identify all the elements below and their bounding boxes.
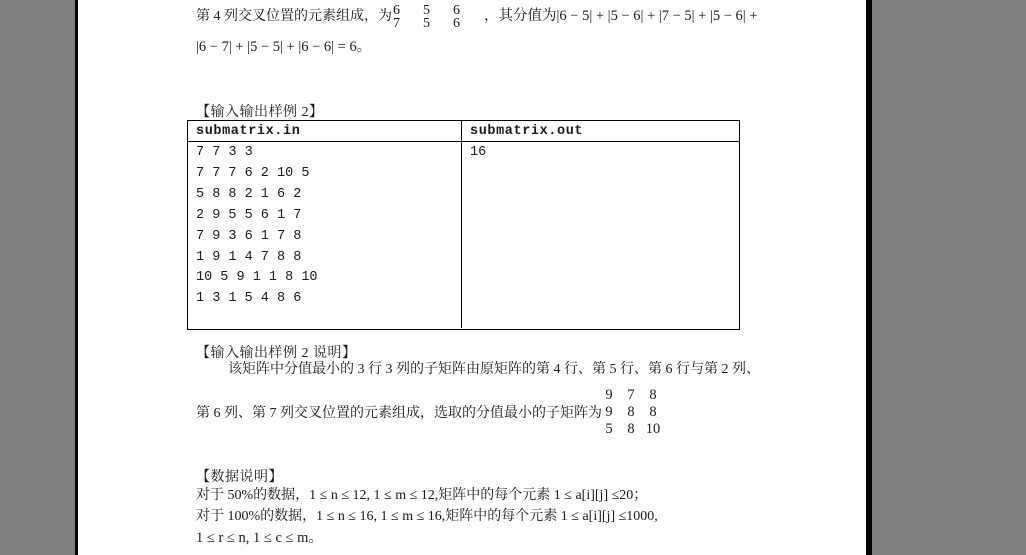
constraints-100-percent-line: 对于 100%的数据，1 ≤ n ≤ 16, 1 ≤ m ≤ 16,矩阵中的每个… <box>196 508 658 527</box>
matrix-cell: 8 <box>642 404 664 421</box>
score-formula-prefix: 第 4 列交叉位置的元素组成，为 <box>196 8 392 27</box>
matrix-cell: 6 <box>453 4 483 18</box>
sample-io-table-body-row: 7 7 3 3 7 7 7 6 2 10 5 5 8 8 2 1 6 2 2 9… <box>188 142 739 328</box>
table-cell-input-data: 7 7 3 3 7 7 7 6 2 10 5 5 8 8 2 1 6 2 2 9… <box>188 142 462 328</box>
constraints-50-percent-line: 对于 50%的数据，1 ≤ n ≤ 12, 1 ≤ m ≤ 12,矩阵中的每个元… <box>196 487 647 506</box>
explanation-heading: 【输入输出样例 2 说明】 <box>196 342 357 362</box>
score-formula-suffix: ，其分值为|6 − 5| + |5 − 6| + |7 − 5| + |5 − … <box>484 7 758 27</box>
matrix-cell: 9 <box>598 404 620 421</box>
sample2-heading: 【输入输出样例 2】 <box>196 101 324 121</box>
data-constraints-heading: 【数据说明】 <box>196 466 283 486</box>
matrix-cell: 10 <box>642 421 664 438</box>
explanation-line-1: 该矩阵中分值最小的 3 行 3 列的子矩阵由原矩阵的第 4 行、第 5 行、第 … <box>228 361 760 380</box>
matrix-cell: 6 <box>393 4 423 18</box>
sample-io-table: submatrix.in submatrix.out 7 7 3 3 7 7 7… <box>187 120 740 330</box>
selected-submatrix-3x3: 9 7 8 9 8 8 5 8 10 <box>598 387 664 438</box>
score-formula-line-1: 第 4 列交叉位置的元素组成，为 6 5 6 7 5 6 ，其分值为|6 − 5… <box>196 2 758 32</box>
document-viewer-canvas: { "para1": { "line1_prefix": "第 4 列交叉位置的… <box>0 0 1026 555</box>
matrix-cell: 9 <box>598 387 620 404</box>
matrix-cell: 5 <box>423 4 453 18</box>
matrix-cell: 8 <box>620 421 642 438</box>
matrix-cell: 7 <box>393 17 423 31</box>
matrix-cell: 5 <box>598 421 620 438</box>
matrix-cell: 5 <box>423 17 453 31</box>
table-header-input-file: submatrix.in <box>188 121 462 141</box>
matrix-cell: 8 <box>642 387 664 404</box>
inline-submatrix-2x3: 6 5 6 7 5 6 <box>393 4 483 31</box>
score-formula-line-2: |6 − 7| + |5 − 5| + |6 − 6| = 6。 <box>196 38 371 58</box>
explanation-line-2: 第 6 列、第 7 列交叉位置的元素组成，选取的分值最小的子矩阵为 <box>196 405 602 424</box>
table-header-output-file: submatrix.out <box>462 121 739 141</box>
table-cell-output-data: 16 <box>462 142 739 328</box>
matrix-cell: 8 <box>620 404 642 421</box>
constraints-rc-line: 1 ≤ r ≤ n, 1 ≤ c ≤ m。 <box>196 529 323 549</box>
sample-io-table-header-row: submatrix.in submatrix.out <box>188 121 739 142</box>
matrix-cell: 7 <box>620 387 642 404</box>
document-page: 第 4 列交叉位置的元素组成，为 6 5 6 7 5 6 ，其分值为|6 − 5… <box>75 0 872 555</box>
matrix-cell: 6 <box>453 17 483 31</box>
